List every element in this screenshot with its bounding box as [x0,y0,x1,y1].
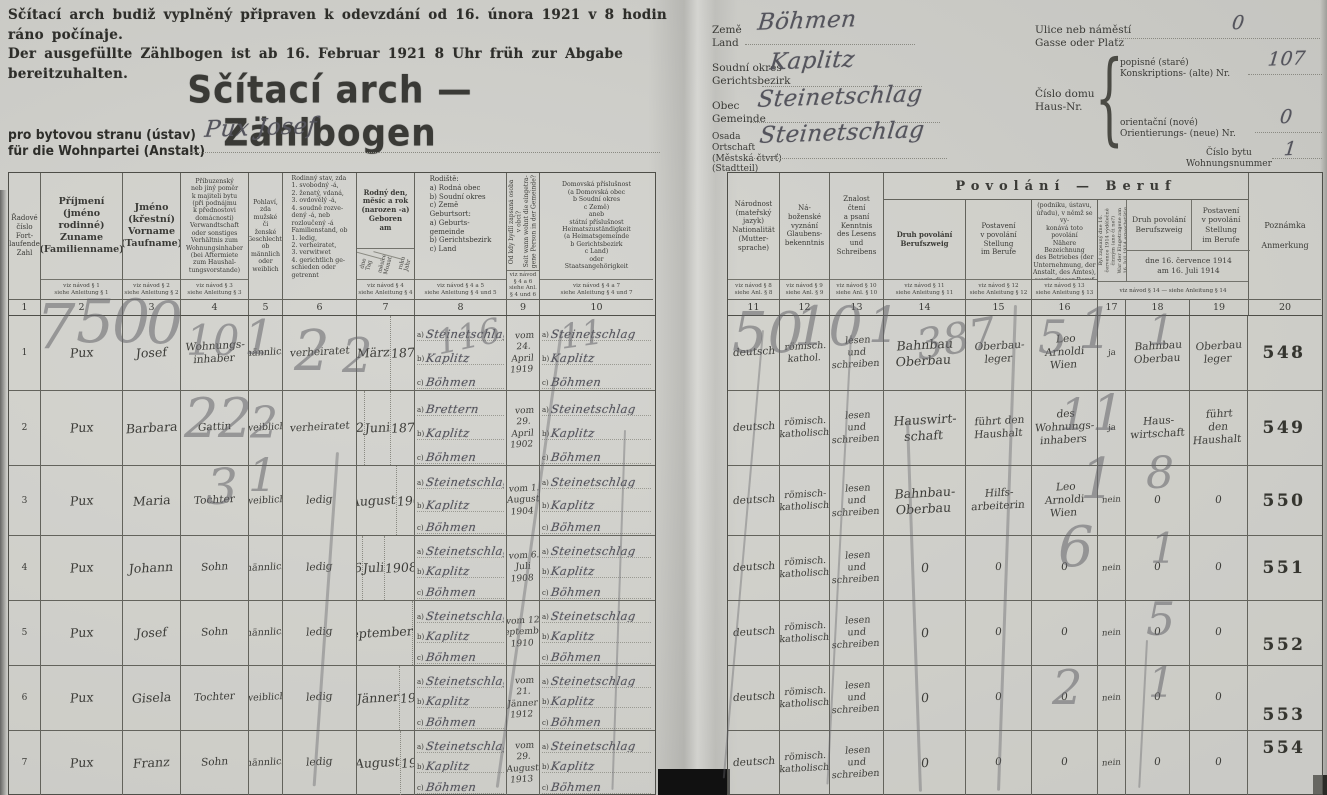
birthplace-cell: a)Steinetschlag b)Kaplitz c)Böhmen [415,731,507,795]
sex-cell: weiblich [249,666,283,730]
col-11-header: Národnost (mateřský jazyk) Nationalität … [728,173,780,315]
row-number: 6 [9,666,41,730]
table-body-left: 1 Pux Josef Wohnungs- inhaber männlich v… [9,316,655,795]
row-number: 3 [9,466,41,535]
nationality-cell: deutsch [728,391,780,465]
sex-cell: weiblich [249,391,283,465]
surname-cell: Pux [41,316,123,390]
religion-cell: römisch- katholisch [780,466,830,535]
employed-1914-cell: ja [1098,316,1126,390]
marital-status-cell: ledig [283,666,357,730]
field-orientation-value: 0 [1280,106,1293,128]
home-right-cell: a)Steinetschlag b)Kaplitz c)Böhmen [540,536,653,600]
census-sheet-scan: { "page": { "notice": "Sčítací arch budi… [0,0,1327,795]
position-1914-cell: 0 [1190,731,1248,795]
field-conscription-line [1248,74,1322,75]
position-cell: 0 [966,601,1032,665]
cols-17-19-group: Byl zapsaný dne 16. července 1914 výděle… [1098,200,1248,315]
birthplace-cell: a)Steinetschlag b)Kaplitz c)Böhmen [415,316,507,390]
surname-cell: Pux [41,666,123,730]
position-1914-cell: 0 [1190,601,1248,665]
field-street-value: 0 [1232,12,1245,34]
field-flat-number-line [1272,158,1322,159]
occupation-cell: Bahnbau- Oberbau [884,466,966,535]
col-18-header: Druh povolání Berufszweig [1127,200,1192,250]
occupation-1914-cell: 0 [1126,536,1190,600]
field-street-line [1115,38,1320,39]
sex-cell: männlich [249,601,283,665]
surname-cell: Pux [41,466,123,535]
reference-date-band: dne 16. července 1914 am 16. Juli 1914 [1127,250,1250,281]
religion-cell: römisch. katholisch [780,536,830,600]
employed-1914-cell: nein [1098,666,1126,730]
employer-cell: des Wohnungs- inhabers [1032,391,1098,465]
field-flat-number-label: Číslo bytu Wohnungsnummer [1186,148,1272,170]
position-1914-cell: Oberbau leger [1190,316,1248,390]
col-7-header: Rodný den, měsíc a rok (narozen -a) Gebo… [357,173,415,315]
relation-cell: Gattin [181,391,249,465]
col-13-header: Znalost čtení a psaní Kenntnis des Lesen… [830,173,884,315]
beruf-group-header: Povolání — Beruf Druh povolání Berufszwe… [884,173,1249,315]
occupation-1914-cell: Haus- wirtschaft [1126,391,1190,465]
firstname-cell: Josef [123,601,181,665]
record-number-cell: 554 [1248,731,1320,795]
birthdate-cell: 22 Juni 1879 [357,391,415,465]
position-1914-cell: 0 [1190,536,1248,600]
birthdate-cell: 6 Juli 1908 [357,536,415,600]
party-name-handwritten: Pux Josef [205,115,316,141]
sex-cell: männlich [249,316,283,390]
surname-cell: Pux [41,536,123,600]
employer-cell: Leo Arnoldi Wien [1032,316,1098,390]
col-7-subheaders: dne Tag měsíce Monat roku Jahr [357,248,414,279]
relation-cell: Wohnungs- inhaber [181,316,249,390]
party-label: pro bytovou stranu (ústav) für die Wohnp… [8,128,205,159]
relation-cell: Sohn [181,731,249,795]
literacy-cell: lesen und schreiben [830,316,884,390]
home-right-cell: a)Steinetschlag b)Kaplitz c)Böhmen [540,731,653,795]
col-14-header: Druh povolání Berufszweig viz návod § 11… [884,200,966,315]
religion-cell: römisch. katholisch [780,731,830,795]
col-8-header: Rodiště: a) Rodná obec b) Soudní okres c… [415,173,507,315]
marital-status-cell: ledig [283,601,357,665]
position-cell: Hilfs- arbeiterin [966,466,1032,535]
literacy-cell: lesen und schreiben [830,466,884,535]
sex-cell: männlich [249,731,283,795]
occupation-cell: Bahnbau Oberbau [884,316,966,390]
record-number-cell: 551 [1248,536,1320,600]
firstname-cell: Johann [123,536,181,600]
occupation-cell: 0 [884,536,966,600]
row-number: 7 [9,731,41,795]
record-number-cell: 548 [1248,316,1320,390]
firstname-cell: Gisela [123,666,181,730]
field-land: Země Land [712,24,742,50]
person-row-right: deutsch römisch. katholisch lesen und sc… [728,666,1322,731]
table-header-left: Řadové číslo Fort- laufende Zahl 1 Příjm… [9,173,655,316]
person-row-left: 2 Pux Barbara Gattin weiblich verheirate… [9,391,655,466]
home-right-cell: a)Steinetschlag b)Kaplitz c)Böhmen [540,391,653,465]
position-1914-cell: 0 [1190,466,1248,535]
col-3-header: Jméno (křestní) Vorname (Taufname) viz n… [123,173,181,315]
employer-cell: 0 [1032,601,1098,665]
marital-status-cell: verheiratet [283,316,357,390]
field-municipality-value: Steinetschlag [758,84,922,110]
employed-1914-cell: ja [1098,391,1126,465]
nationality-cell: deutsch [728,666,780,730]
person-row-right: deutsch römisch. katholisch lesen und sc… [728,731,1322,795]
literacy-cell: lesen und schreiben [830,666,884,730]
record-number-cell: 552 [1248,601,1320,665]
relation-cell: Sohn [181,601,249,665]
occupation-1914-cell: 0 [1126,731,1190,795]
home-right-cell: a)Steinetschlag b)Kaplitz c)Böhmen [540,316,653,390]
literacy-cell: lesen und schreiben [830,601,884,665]
position-cell: 0 [966,666,1032,730]
position-1914-cell: führt den Haushalt [1190,391,1248,465]
marital-status-cell: ledig [283,466,357,535]
occupation-cell: 0 [884,601,966,665]
firstname-cell: Maria [123,466,181,535]
relation-cell: Tochter [181,466,249,535]
surname-cell: Pux [41,601,123,665]
home-right-cell: a)Steinetschlag b)Kaplitz c)Böhmen [540,666,653,730]
birthplace-cell: a)Steinetschlag b)Kaplitz c)Böhmen [415,601,507,665]
person-row-left: 5 Pux Josef Sohn männlich ledig 12 Septe… [9,601,655,666]
field-conscription-label: popisné (staré) Konskriptions- (alte) Nr… [1120,58,1230,80]
sex-cell: weiblich [249,466,283,535]
field-settlement-line [752,158,947,159]
field-house-number-label: Číslo domu Haus-Nr. [1035,88,1095,114]
marital-status-cell: ledig [283,731,357,795]
person-row-left: 7 Pux Franz Sohn männlich ledig 29 Augus… [9,731,655,795]
row-number: 5 [9,601,41,665]
field-orientation: orientační (nové) Orientierungs- (neue) … [1120,118,1236,140]
birthdate-cell: 8 März 1875 [357,316,415,390]
religion-cell: römisch. katholisch [780,666,830,730]
position-1914-cell: 0 [1190,666,1248,730]
person-row-right: deutsch römisch- katholisch lesen und sc… [728,466,1322,536]
occupation-cell: 0 [884,666,966,730]
person-row-left: 4 Pux Johann Sohn männlich ledig 6 Juli … [9,536,655,601]
field-land-value: Böhmen [758,8,856,34]
literacy-cell: lesen und schreiben [830,536,884,600]
residence-since-cell: vom 29. April 1902 [507,391,540,465]
birthplace-cell: a)Steinetschlag b)Kaplitz c)Böhmen [415,466,507,535]
col-4-header: Příbuzenský neb jiný poměr k majiteli by… [181,173,249,315]
row-number: 1 [9,316,41,390]
sex-cell: männlich [249,536,283,600]
occupation-1914-cell: Bahnbau Oberbau [1126,316,1190,390]
col-2-header: Příjmení (jméno rodinné) Zuname (Familie… [41,173,123,315]
marital-status-cell: verheiratet [283,391,357,465]
field-orientation-line [1255,132,1322,133]
religion-cell: römisch. kathol. [780,316,830,390]
table-header-right: Národnost (mateřský jazyk) Nationalität … [728,173,1322,316]
employed-1914-cell: nein [1098,731,1126,795]
scan-edge-left [0,190,7,795]
nationality-cell: deutsch [728,536,780,600]
employed-1914-cell: nein [1098,466,1126,535]
table-body-right: deutsch römisch. kathol. lesen und schre… [728,316,1322,795]
birthplace-cell: a)Steinetschlag b)Kaplitz c)Böhmen [415,536,507,600]
birthdate-cell: 1 August 1904 [357,466,415,535]
home-right-cell: a)Steinetschlag b)Kaplitz c)Böhmen [540,601,653,665]
nationality-cell: deutsch [728,466,780,535]
field-house-number: Číslo domu Haus-Nr. [1035,88,1095,114]
field-conscription: popisné (staré) Konskriptions- (alte) Nr… [1120,58,1230,80]
col-10-header: Domovská příslušnost (a Domovská obec b … [540,173,653,315]
col-6-header: Rodinný stav, zda 1. svobodný -á, 2. žen… [283,173,357,315]
occupation-cell: 0 [884,731,966,795]
field-orientation-label: orientační (nové) Orientierungs- (neue) … [1120,118,1236,140]
person-row-left: 1 Pux Josef Wohnungs- inhaber männlich v… [9,316,655,391]
scan-gap [658,769,730,795]
religion-cell: römisch. katholisch [780,601,830,665]
occupation-1914-cell: 0 [1126,666,1190,730]
firstname-cell: Barbara [123,391,181,465]
occupation-1914-cell: 0 [1126,601,1190,665]
relation-cell: Sohn [181,536,249,600]
person-row-right: deutsch römisch. katholisch lesen und sc… [728,601,1322,666]
religion-cell: römisch. katholisch [780,391,830,465]
employed-1914-cell: nein [1098,601,1126,665]
birthdate-cell: 29 August 1913 [357,731,415,795]
note-paragraph-14: viz návod § 14 — siehe Anleitung § 14 [1098,281,1248,299]
birthdate-cell: 12 September 1910 [357,601,415,665]
field-district-value: Kaplitz [770,48,855,74]
person-row-left: 3 Pux Maria Tochter weiblich ledig 1 Aug… [9,466,655,536]
residence-since-cell: vom 6. Juli 1908 [507,536,540,600]
field-land-line [745,44,915,45]
firstname-cell: Josef [123,316,181,390]
employer-cell: Leo Arnoldi Wien [1032,466,1098,535]
residence-since-cell: vom 29. August 1913 [507,731,540,795]
position-cell: Oberbau- leger [966,316,1032,390]
birthplace-cell: a)Brettern b)Kaplitz c)Böhmen [415,391,507,465]
occupation-cell: Hauswirt- schaft [884,391,966,465]
position-cell: 0 [966,731,1032,795]
position-cell: 0 [966,536,1032,600]
person-row-right: deutsch römisch. kathol. lesen und schre… [728,316,1322,391]
field-flat-number: Číslo bytu Wohnungsnummer [1186,148,1272,170]
col-16-header: Bližší označení závodu (podniku, ústavu,… [1032,200,1098,315]
literacy-cell: lesen und schreiben [830,731,884,795]
person-row-left: 6 Pux Gisela Tochter weiblich ledig 21 J… [9,666,655,731]
birthdate-cell: 21 Jänner 1912 [357,666,415,730]
residence-since-cell: vom 12. September 1910 [507,601,540,665]
firstname-cell: Franz [123,731,181,795]
surname-cell: Pux [41,731,123,795]
row-number: 2 [9,391,41,465]
occupation-1914-cell: 0 [1126,466,1190,535]
col-5-header: Pohlaví, zda mužské či ženské Geschlecht… [249,173,283,315]
person-row-right: deutsch römisch. katholisch lesen und sc… [728,536,1322,601]
nationality-cell: deutsch [728,731,780,795]
col-9-header: Od kdy bydlí zapsaná osoba v obci? Seit … [507,173,540,315]
literacy-cell: lesen und schreiben [830,391,884,465]
relation-cell: Tochter [181,666,249,730]
marital-status-cell: ledig [283,536,357,600]
residence-since-cell: vom 1. August 1904 [507,466,540,535]
col-17-header: Byl zapsaný dne 16. července 1914 výděle… [1098,200,1127,281]
position-cell: führt den Haushalt [966,391,1032,465]
person-row-right: deutsch römisch. katholisch lesen und sc… [728,391,1322,466]
nationality-cell: deutsch [728,601,780,665]
residence-since-cell: vom 21. Jänner 1912 [507,666,540,730]
census-table-right: Národnost (mateřský jazyk) Nationalität … [727,172,1323,795]
party-fill-line [190,152,660,153]
row-number: 4 [9,536,41,600]
employer-cell: 0 [1032,536,1098,600]
employed-1914-cell: nein [1098,536,1126,600]
home-right-cell: a)Steinetschlag b)Kaplitz c)Böhmen [540,466,653,535]
record-number-cell: 549 [1248,391,1320,465]
employer-cell: 0 [1032,731,1098,795]
residence-since-cell: vom 24. April 1919 [507,316,540,390]
col-20-header: Poznámka Anmerkung 20 [1249,173,1321,315]
employer-cell: 0 [1032,666,1098,730]
col-1-header: Řadové číslo Fort- laufende Zahl 1 [9,173,41,315]
beruf-group-title: Povolání — Beruf [884,173,1248,200]
birthplace-cell: a)Steinetschlag b)Kaplitz c)Böhmen [415,666,507,730]
census-table-left: Řadové číslo Fort- laufende Zahl 1 Příjm… [8,172,656,795]
field-conscription-value: 107 [1268,48,1305,70]
record-number-cell: 550 [1248,466,1320,535]
col-19-header: Postavení v povolání Stellung im Berufe [1192,200,1250,250]
col-12-header: Ná- boženské vyznání Glaubens- bekenntni… [780,173,830,315]
surname-cell: Pux [41,391,123,465]
field-settlement-value: Steinetschlag [760,120,924,146]
record-number-cell: 553 [1248,666,1320,730]
nationality-cell: deutsch [728,316,780,390]
field-land-label: Země Land [712,24,742,50]
field-flat-number-value: 1 [1284,138,1297,160]
col-15-header: Postavení v povolání Stellung im Berufe … [966,200,1032,315]
